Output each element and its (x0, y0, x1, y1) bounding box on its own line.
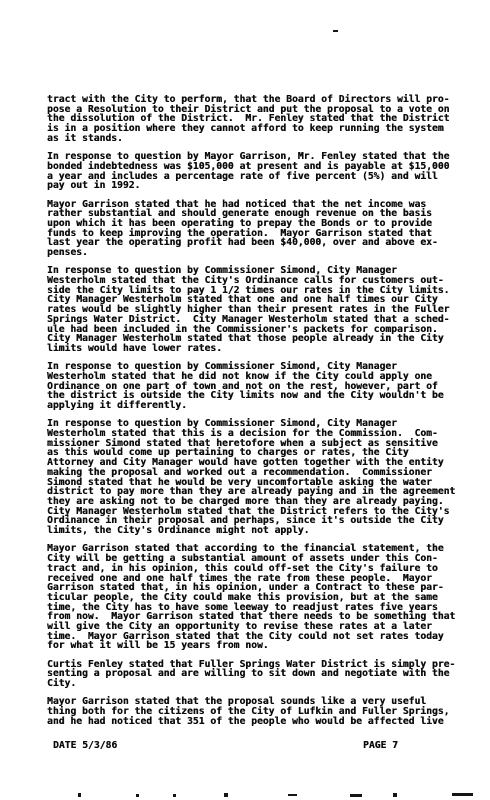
paragraph-7: Mayor Garrison stated that according to … (47, 544, 462, 651)
footer-page-number: PAGE 7 (363, 740, 398, 752)
paragraph-8: Curtis Fenley stated that Fuller Springs… (47, 660, 462, 689)
document-body: tract with the City to perform, that the… (47, 95, 462, 735)
scan-speck (173, 794, 176, 797)
scan-speck (350, 794, 362, 797)
paragraph-4: In response to question by Commissioner … (47, 266, 462, 353)
paragraph-6: In response to question by Commissioner … (47, 419, 462, 535)
scan-speck (78, 793, 81, 797)
scan-speck (452, 793, 473, 796)
footer-date: DATE 5/3/86 (53, 740, 117, 752)
scanned-minutes-page: tract with the City to perform, that the… (0, 0, 490, 800)
scan-speck (393, 793, 397, 797)
paragraph-5: In response to question by Commissioner … (47, 362, 462, 411)
scan-speck (288, 794, 297, 796)
scan-speck (224, 793, 228, 797)
paragraph-2: In response to question by Mayor Garriso… (47, 152, 462, 191)
scan-speck (333, 30, 338, 32)
scan-speck (136, 794, 139, 797)
paragraph-9: Mayor Garrison stated that the proposal … (47, 697, 462, 726)
page-footer: DATE 5/3/86 PAGE 7 (0, 740, 490, 754)
paragraph-3: Mayor Garrison stated that he had notice… (47, 200, 462, 258)
paragraph-1: tract with the City to perform, that the… (47, 95, 462, 144)
